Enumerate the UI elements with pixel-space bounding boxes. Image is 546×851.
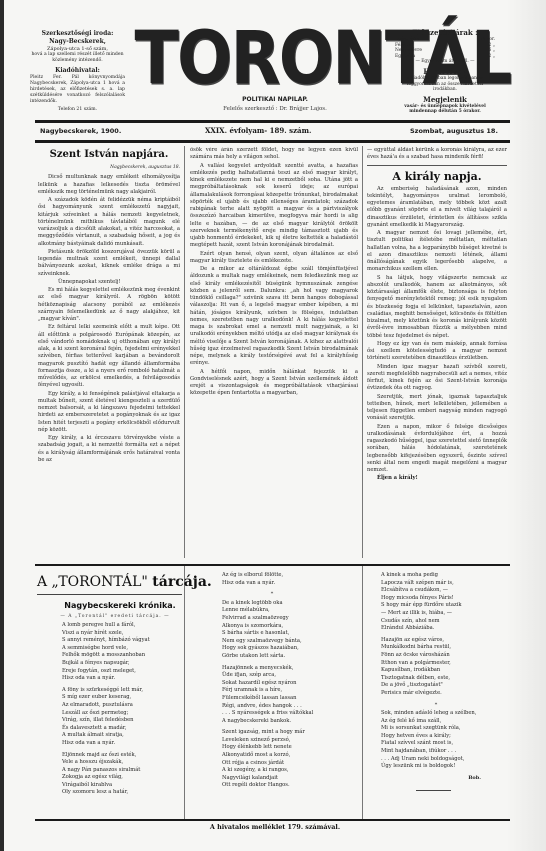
masthead-rule-bottom <box>35 140 510 143</box>
paragraph: A hétfői napon, midőn hálánkat fejezzük … <box>190 369 358 398</box>
paragraph: Hogy ez így van és nem máskép, annak for… <box>367 341 507 363</box>
paragraph: Ez feltárul lelki szemeink előtt a mult … <box>38 324 180 389</box>
paragraph: Minden igaz magyar hazafi szívből szeret… <box>367 364 507 393</box>
paragraph: S ha látjuk, hogy világszerte nemcsak az… <box>367 275 507 340</box>
poem-column-2: Az ég is elborul fölötte, Hisz oda van a… <box>222 572 322 794</box>
paragraph: Az emberiség haladásának azon, minden te… <box>367 186 507 230</box>
paragraph: Ezért olyan hensé, olyan szent, olyan ál… <box>190 251 358 266</box>
poem-stanza: A föny is szürkeséggé lett már, S míg ez… <box>62 687 150 748</box>
newspaper-title: TORONTÁL <box>134 20 385 96</box>
ads-text: a kiadóhivatalban legolcsóbban és leggyo… <box>395 76 495 93</box>
publisher-heading: Kiadóhivatal: <box>30 67 125 75</box>
poem-stanza: Sok, minden adásló leheg a szélben, Az é… <box>381 710 491 771</box>
paragraph: Szeretjük, mert jónak, igaznak tapasztal… <box>367 394 507 423</box>
paragraph: A magyar nemzet ősi lovagi jellemébe, ér… <box>367 230 507 274</box>
column-divider <box>362 146 363 558</box>
column-divider <box>184 566 185 820</box>
volume-issue: XXIX. évfolyam- 189. szám. <box>205 124 311 138</box>
publisher-text: Pleitz Fer. Pál könyvnyomdája Nagybecske… <box>30 75 125 105</box>
article-kiraly-napja: — egyúttal áldást kérünk a koronás királ… <box>367 147 507 559</box>
column-divider <box>184 146 185 558</box>
poem-signature: Bob. <box>381 775 491 783</box>
article-ending: — egyúttal áldást kérünk a koronás királ… <box>367 147 507 162</box>
appears-text: vasár- és ünnepnapok kivételével mindenn… <box>395 104 495 115</box>
article-headline: Szent István napjára. <box>38 147 180 163</box>
appears-heading: Megjelenik <box>395 95 495 104</box>
page-shadow <box>506 0 546 851</box>
office-heading: Szerkesztőségi iroda: <box>30 30 125 38</box>
paragraph: ősök vére árán szerzett földet, hogy ne … <box>190 147 358 162</box>
paragraph: A századok ködén át felidézzük néma krip… <box>38 197 180 248</box>
stanza-separator-star: * <box>381 702 491 710</box>
poem-title: Nagybecskereki krónika. <box>60 601 180 610</box>
poem-note: — A „Torontál" eredeti tárcája. — <box>45 614 185 619</box>
paragraph: Ünnepnapokat szentelj! <box>38 279 180 286</box>
place-year: Nagybecskerek, 1900. <box>40 124 121 138</box>
feuilleton-title-underline <box>37 594 182 595</box>
page-binding-edge <box>0 0 4 851</box>
issue-date: Szombat, augusztus 18. <box>410 124 498 138</box>
article-separator <box>367 165 507 166</box>
paragraph: De a mikor az oltáráldozat égbe száll tö… <box>190 266 358 368</box>
paragraph: Éljen a király! <box>367 475 507 482</box>
article-szent-istvan-continued: ősök vére árán szerzett földet, hogy ne … <box>190 147 358 559</box>
article-dateline: Nagybecskerek, augusztus 18. <box>38 164 180 171</box>
poem-column-3: A kinek a moha pedig Lapocza vált szépen… <box>381 572 491 791</box>
poem-stanza: Hazajönnek a menyecskék, Üde ifjan, szép… <box>222 665 322 726</box>
newspaper-subtitle: POLITIKAI NAPILAP. <box>150 96 400 103</box>
office-note: hová a lap szellemi részét illető minden… <box>30 52 125 64</box>
supplement-note: A hivatalos melléklet 179. számával. <box>185 823 365 831</box>
article-szent-istvan: Szent István napjára. Nagybecskerek, aug… <box>38 147 180 559</box>
paragraph: Dicső multunknak nagy emlékeit elhomályo… <box>38 174 180 196</box>
column-divider <box>362 566 363 820</box>
poem-stanza: Szent igazság, mint a hogy már Leveleken… <box>222 729 322 790</box>
poem-stanza: De a kinek legtöbb oka Lenne mélabúkra, … <box>222 600 322 661</box>
prices-heading: Előfizetési árak : <box>395 28 495 37</box>
stanza-separator-star: * <box>222 591 322 599</box>
poem-column-1: A lomb peregve hull a fáról, Viszi a nyá… <box>62 622 150 801</box>
paragraph: Egy király, a ki érczszavu törvényekbe v… <box>38 435 180 464</box>
article-headline: A király napja. <box>367 169 507 185</box>
poem-stanza: Az ég is elborul fölötte, Hisz oda van a… <box>222 572 322 587</box>
ads-heading: Hirdetések <box>395 67 495 76</box>
poem-stanza: A kinek a moha pedig Lapocza vált szépen… <box>381 572 491 633</box>
paragraph: A vallási kegyelet ardyoldalt szentté av… <box>190 163 358 250</box>
masthead-office-info: Szerkesztőségi iroda: Nagy-Becskerek, Zá… <box>30 30 125 113</box>
newspaper-page: Szerkesztőségi iroda: Nagy-Becskerek, Zá… <box>0 0 546 851</box>
short-rule <box>416 790 451 791</box>
office-city: Nagy-Becskerek, <box>30 38 125 46</box>
masthead-rule-top <box>35 120 510 123</box>
paragraph: Egy király, a ki fenségének palástjával … <box>38 391 180 435</box>
paragraph: Ezen a napon, mikor ő felsége dicsőséges… <box>367 424 507 475</box>
single-copy-price: — Egyes szám ára 8 fill. — <box>395 59 495 65</box>
poem-stanza: Hazajön az egész város, Munkálkodni bárh… <box>381 637 491 698</box>
editor-line: Felelős szerkesztő : Dr. Brájjer Lajos. <box>150 106 400 112</box>
masthead-subscription-info: Előfizetési árak : Egész évre24 kor. Fél… <box>395 28 495 115</box>
paragraph: Es mi hálás kegyelettel emlékezünk meg é… <box>38 287 180 323</box>
feuilleton-section-title: A „TORONTÁL" tárcája. <box>37 572 187 592</box>
poem-stanza: Eljönnek majd az őszi esték, Vele a hoss… <box>62 752 150 798</box>
footer-rule <box>35 819 510 821</box>
feuilleton-rule <box>35 564 510 566</box>
phone-number: Telefon 21 szám. <box>30 107 125 113</box>
poem-stanza: A lomb peregve hull a fáról, Viszi a nyá… <box>62 622 150 683</box>
paragraph: Pietásunk örökzöld koszorujával övezzük … <box>38 249 180 278</box>
